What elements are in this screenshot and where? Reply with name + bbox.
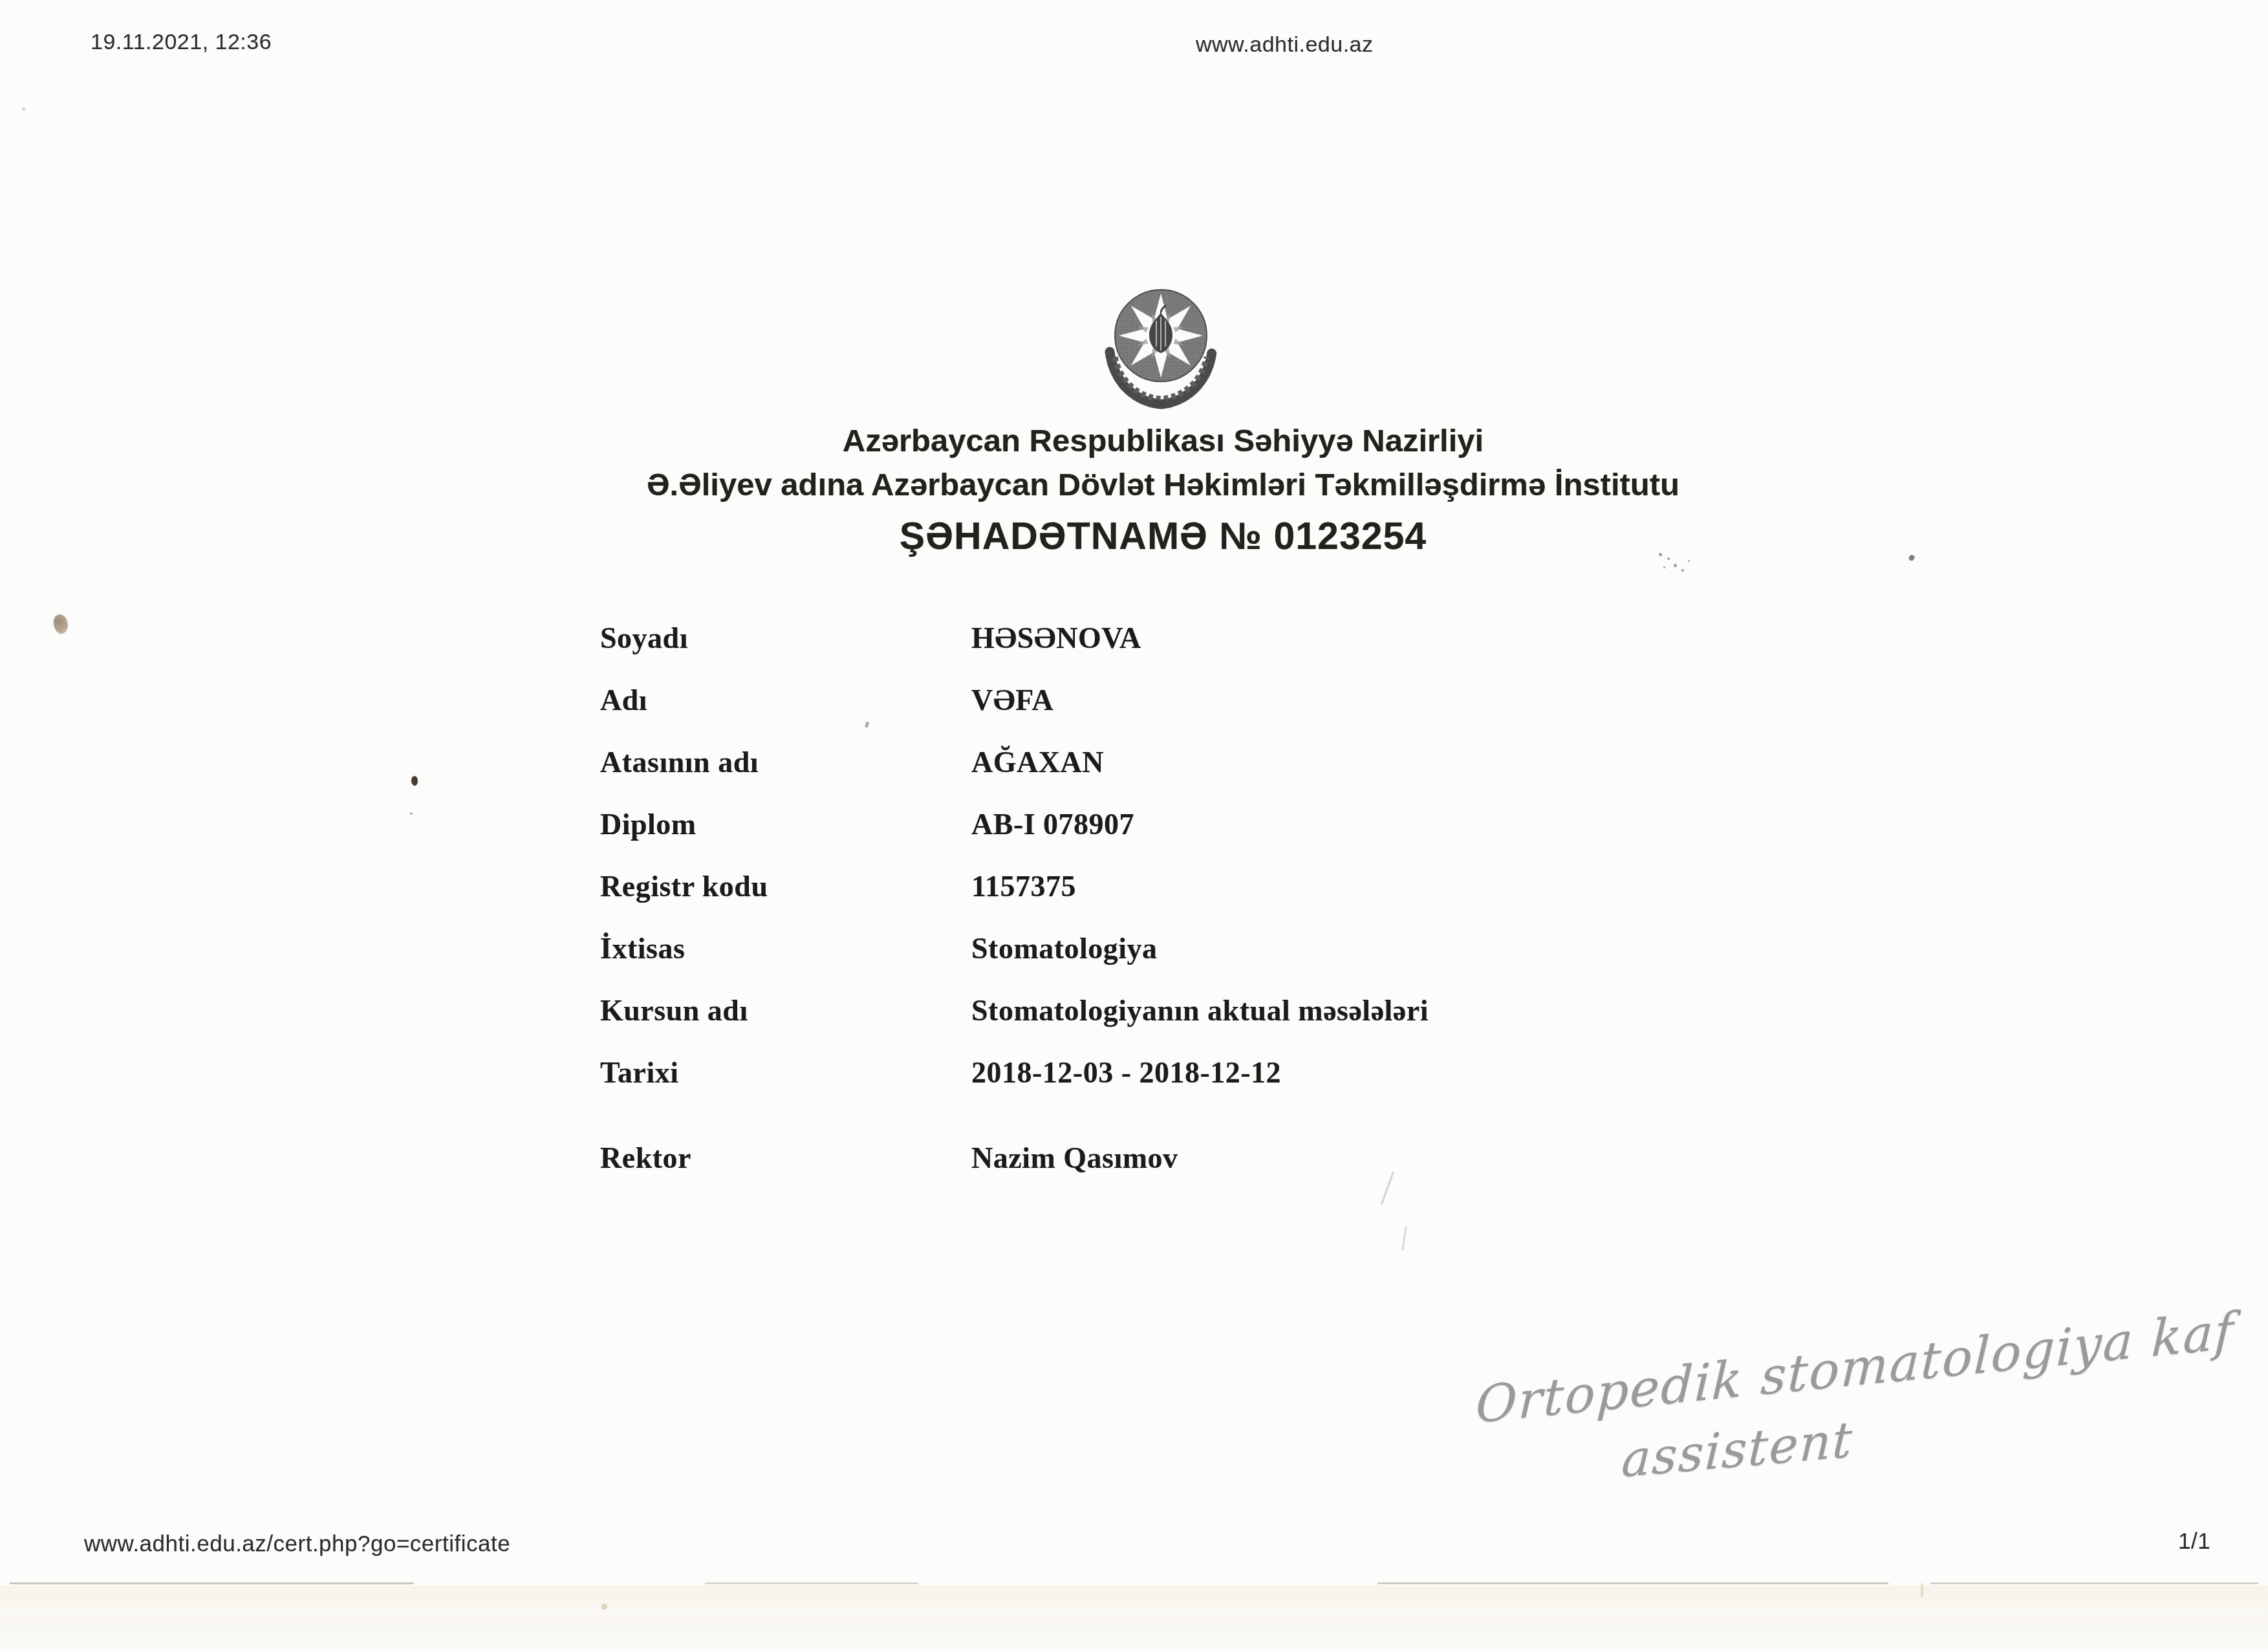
field-label: Diplom — [600, 807, 697, 841]
field-row-adi: Adı VƏFA — [0, 683, 2268, 722]
handwritten-note-line2: assistent — [1620, 1410, 1855, 1489]
scan-artifact — [22, 107, 25, 111]
scan-artifact — [1401, 1226, 1407, 1251]
scan-artifact — [1681, 569, 1684, 572]
scan-artifact — [1667, 557, 1670, 560]
scan-artifact — [1377, 1582, 1888, 1584]
institute-name: Ə.Əliyev adına Azərbaycan Dövlət Həkimlə… — [58, 467, 2268, 503]
scan-artifact — [601, 1604, 607, 1610]
field-row-diplom: Diplom AB-I 078907 — [0, 807, 2268, 846]
ministry-name: Azərbaycan Respublikası Səhiyyə Nazirliy… — [58, 423, 2268, 459]
field-value: VƏFA — [971, 683, 1053, 717]
field-label: Tarixi — [600, 1055, 678, 1090]
field-value: Stomatologiya — [971, 931, 1158, 965]
azerbaijan-emblem-icon — [1099, 279, 1222, 414]
scan-artifact — [0, 1617, 2268, 1649]
field-value: Stomatologiyanın aktual məsələləri — [971, 993, 1429, 1028]
field-row-atasinin-adi: Atasının adı AĞAXAN — [0, 745, 2268, 784]
field-value: Nazim Qasımov — [971, 1141, 1178, 1175]
field-value: HƏSƏNOVA — [971, 621, 1141, 655]
certificate-title: ŞƏHADƏTNAMƏ № 0123254 — [58, 514, 2268, 558]
field-row-ixtisas: İxtisas Stomatologiya — [0, 931, 2268, 970]
field-row-soyadi: Soyadı HƏSƏNOVA — [0, 621, 2268, 660]
field-label: İxtisas — [600, 931, 685, 965]
field-label: Atasının adı — [600, 745, 759, 779]
field-label: Kursun adı — [600, 993, 748, 1028]
scan-artifact — [1659, 553, 1662, 556]
field-value: 2018-12-03 - 2018-12-12 — [971, 1055, 1281, 1090]
scan-artifact — [705, 1582, 918, 1584]
field-label: Adı — [600, 683, 647, 717]
field-row-kursun-adi: Kursun adı Stomatologiyanın aktual məsəl… — [0, 993, 2268, 1032]
field-row-registr-kodu: Registr kodu 1157375 — [0, 869, 2268, 908]
field-row-rektor: Rektor Nazim Qasımov — [0, 1141, 2268, 1180]
field-value: AĞAXAN — [971, 745, 1104, 779]
field-label: Rektor — [600, 1141, 691, 1175]
field-label: Soyadı — [600, 621, 688, 655]
handwritten-note-line1: Ortopedik stomatologiya kaf — [1474, 1302, 2236, 1435]
field-row-tarixi: Tarixi 2018-12-03 - 2018-12-12 — [0, 1055, 2268, 1094]
scan-artifact — [0, 1586, 2268, 1634]
scan-artifact — [1674, 564, 1677, 567]
field-value: AB-I 078907 — [971, 807, 1134, 841]
field-label: Registr kodu — [600, 869, 768, 903]
scan-artifact — [1688, 560, 1690, 562]
print-page-number: 1/1 — [2178, 1529, 2210, 1555]
scan-artifact — [1921, 1583, 1923, 1597]
print-site-url: www.adhti.edu.az — [1196, 32, 1374, 58]
scan-artifact — [1663, 566, 1665, 568]
print-timestamp: 19.11.2021, 12:36 — [91, 30, 272, 55]
print-page-url: www.adhti.edu.az/cert.php?go=certificate — [84, 1531, 510, 1557]
scan-artifact — [865, 722, 869, 728]
scan-artifact — [1930, 1582, 2258, 1584]
scan-artifact — [10, 1582, 414, 1584]
field-value: 1157375 — [971, 869, 1076, 903]
